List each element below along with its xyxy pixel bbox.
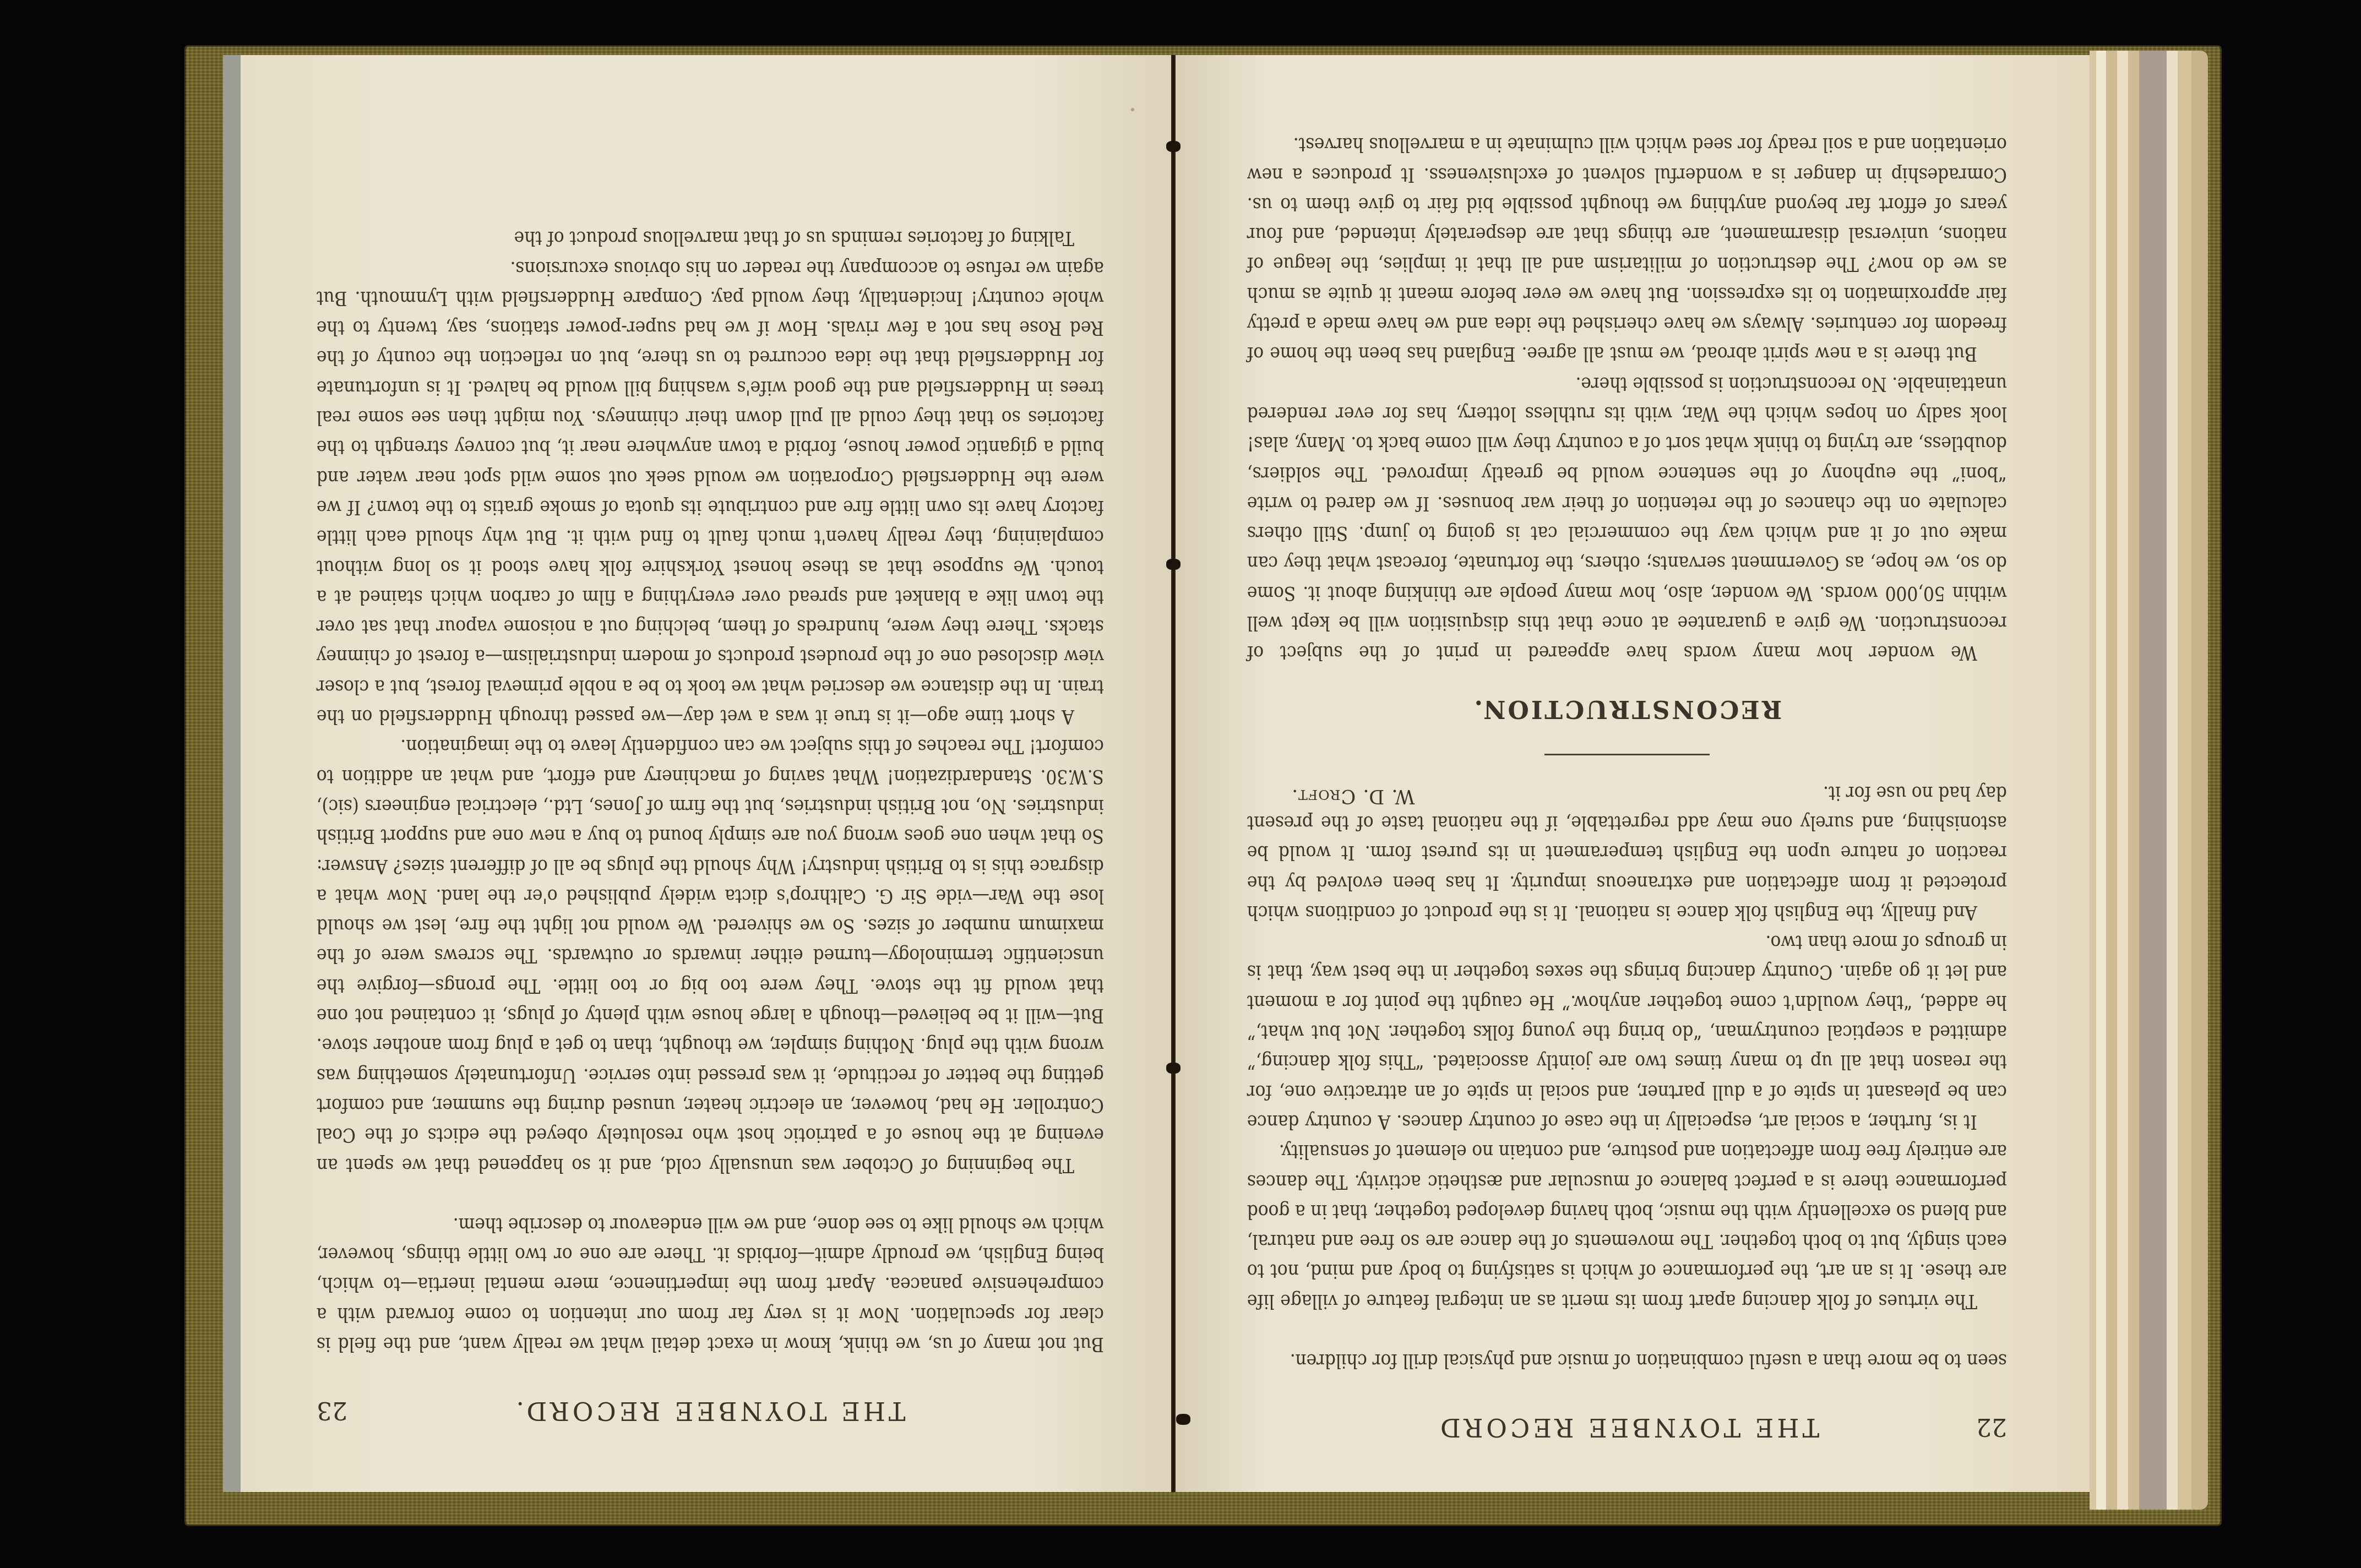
paragraph: The virtues of folk dancing apart from i… bbox=[1247, 1136, 2007, 1316]
binding-knot-top bbox=[1166, 141, 1180, 152]
paragraph: But there is a new spirit abroad, we mus… bbox=[1247, 129, 2007, 368]
page-number: 22 bbox=[1976, 1413, 2007, 1441]
binding-knot-lower-mid bbox=[1166, 1063, 1180, 1074]
paragraph: We wonder how many words have appeared i… bbox=[1247, 368, 2007, 667]
running-head: 22 THE TOYNBEE RECORD bbox=[1247, 1413, 2007, 1442]
running-head: THE TOYNBEE RECORD. 23 bbox=[317, 1396, 1104, 1426]
paragraph: seen to be more than a useful combinatio… bbox=[1247, 1346, 2007, 1375]
paragraph: A short time ago—it is true it was a wet… bbox=[317, 253, 1104, 731]
section-heading: RECONSTRUCTION. bbox=[1247, 695, 2007, 723]
flyleaf-edge bbox=[223, 55, 241, 1492]
paragraph: The beginning of October was unusually c… bbox=[317, 731, 1104, 1179]
running-head-title: THE TOYNBEE RECORD bbox=[1280, 1413, 1976, 1442]
page-23-text: THE TOYNBEE RECORD. 23 But not many of u… bbox=[317, 182, 1104, 1426]
book-fore-edge-leaves bbox=[2090, 51, 2208, 1510]
paper-speck bbox=[1131, 108, 1134, 111]
paragraph: Talking of factories reminds us of that … bbox=[317, 223, 1104, 253]
binding-knot-upper-mid bbox=[1166, 559, 1180, 570]
binding-knot-bottom bbox=[1176, 1414, 1190, 1425]
page-22-text: 22 THE TOYNBEE RECORD seen to be more th… bbox=[1247, 182, 2007, 1442]
section-divider bbox=[1544, 754, 1710, 755]
paragraph: It is, further, a social art, especially… bbox=[1247, 927, 2007, 1136]
paper-speck bbox=[1294, 205, 1297, 208]
page-number: 23 bbox=[317, 1396, 347, 1424]
running-head-title: THE TOYNBEE RECORD. bbox=[347, 1396, 1071, 1426]
paragraph: But not many of us, we think, know in ex… bbox=[317, 1210, 1104, 1359]
binding-thread bbox=[1171, 55, 1176, 1492]
